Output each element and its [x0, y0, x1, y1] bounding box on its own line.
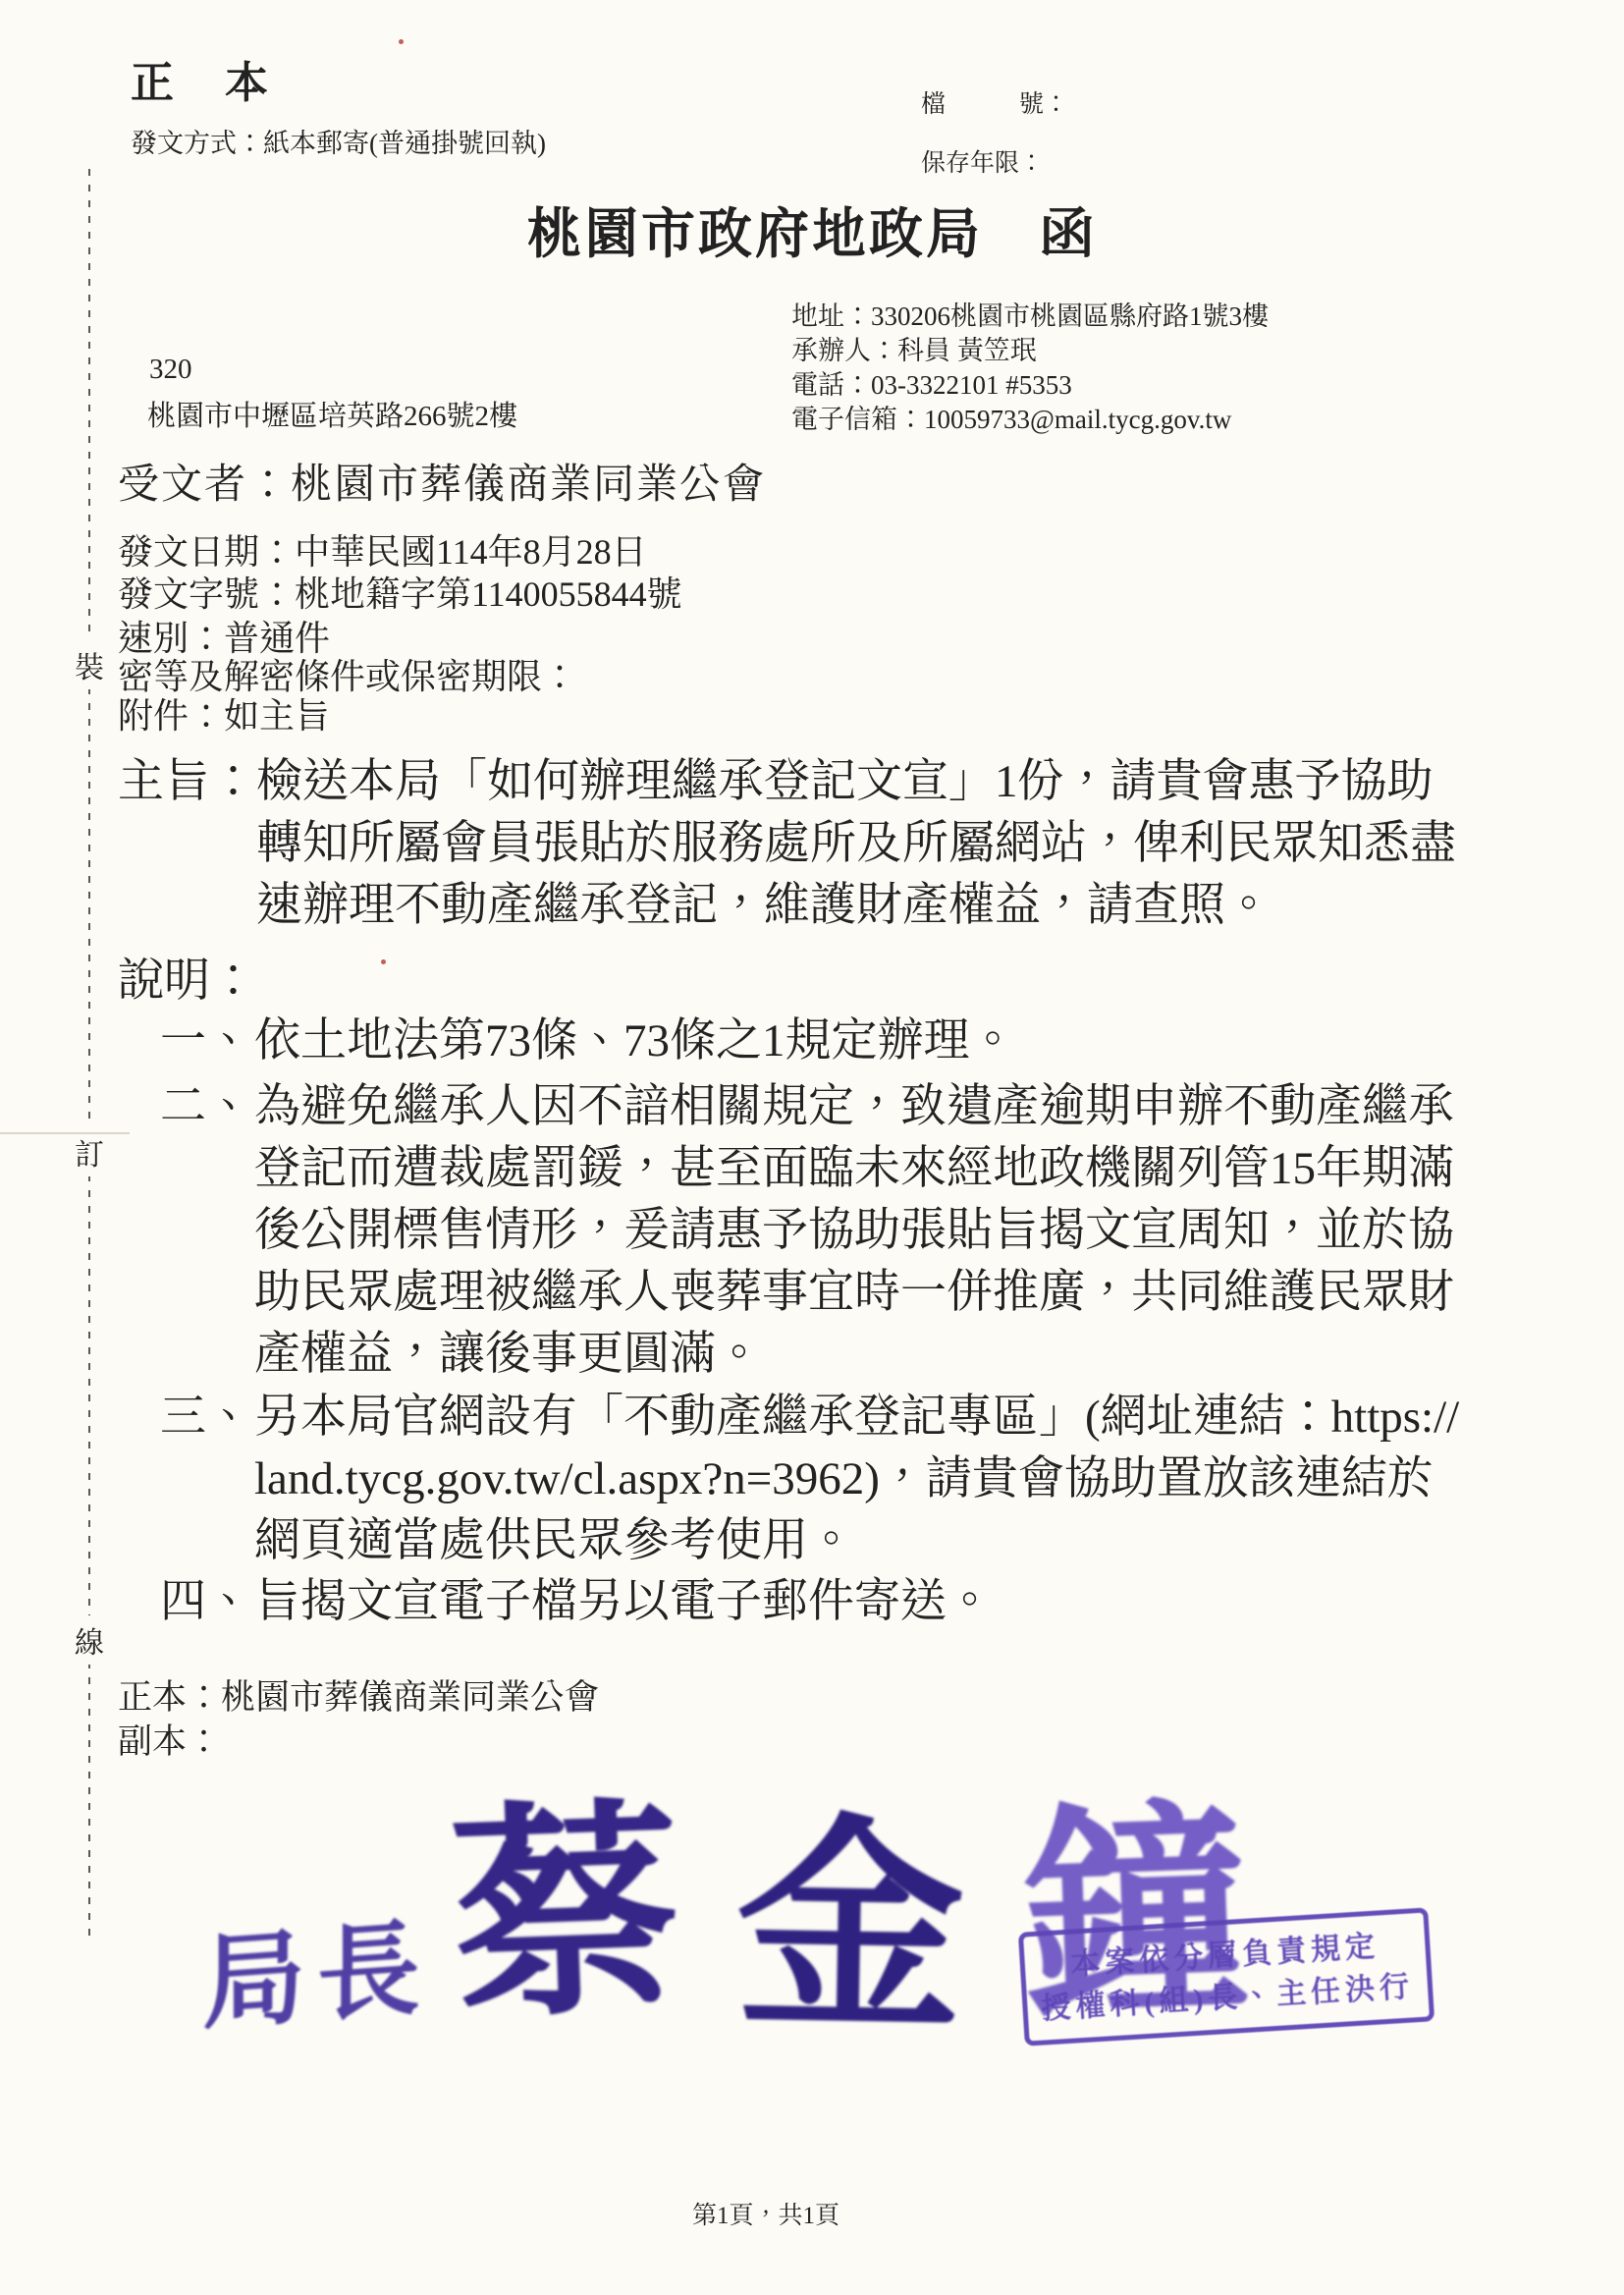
subject-line: 檢送本局「如何辦理繼承登記文宣」1份，請貴會惠予協助 — [256, 751, 1456, 813]
item-marker: 一、 — [160, 1011, 254, 1072]
item-line: 網頁適當處供民眾參考使用。 — [254, 1510, 1459, 1572]
item-text: 依土地法第73條、73條之1規定辦理。 — [254, 1011, 1016, 1072]
explanation-item-2: 二、 為避免繼承人因不諳相關規定，致遺產逾期申辦不動產繼承 登記而遭裁處罰鍰，甚… — [160, 1076, 1454, 1386]
subject-block: 主旨： 檢送本局「如何辦理繼承登記文宣」1份，請貴會惠予協助 轉知所屬會員張貼於… — [118, 751, 1456, 937]
agency-address: 地址：330206桃園市桃園區縣府路1號3樓 — [791, 300, 1269, 334]
item-line: 為避免繼承人因不諳相關規定，致遺產逾期申辦不動產繼承 — [254, 1076, 1454, 1138]
binding-dotted-line — [88, 169, 90, 1937]
director-title-signature: 局長 — [202, 1885, 431, 2050]
page-number-footer: 第1頁，共1頁 — [0, 2196, 1532, 2231]
agency-contact-block: 地址：330206桃園市桃園區縣府路1號3樓 承辦人：科員 黃笠珉 電話：03-… — [791, 300, 1269, 437]
subject-label: 主旨： — [118, 751, 256, 937]
scan-speck — [381, 959, 386, 964]
item-line: land.tycg.gov.tw/cl.aspx?n=3962)，請貴會協助置放… — [254, 1448, 1459, 1510]
subject-line: 速辦理不動產繼承登記，維護財產權益，請查照。 — [256, 875, 1456, 937]
agency-phone: 電話：03-3322101 #5353 — [791, 368, 1269, 403]
explanation-item-4: 四、 旨揭文宣電子檔另以電子郵件寄送。 — [160, 1571, 993, 1633]
subject-line: 轉知所屬會員張貼於服務處所及所屬網站，俾利民眾知悉盡 — [256, 813, 1456, 875]
recipient-address: 桃園市中壢區培英路266號2樓 — [147, 394, 517, 434]
item-text: 為避免繼承人因不諳相關規定，致遺產逾期申辦不動產繼承 登記而遭裁處罰鍰，甚至面臨… — [254, 1076, 1454, 1386]
scanned-official-letter: 裝 訂 線 正 本 發文方式：紙本郵寄(普通掛號回執) 檔 號： 保存年限： 桃… — [0, 0, 1624, 2295]
item-line: 登記而遭裁處罰鍰，甚至面臨未來經地政機關列管15年期滿 — [254, 1138, 1454, 1200]
recipient-zip: 320 — [149, 354, 192, 386]
delivery-method: 發文方式：紙本郵寄(普通掛號回執) — [131, 122, 546, 160]
document-title: 桃園市政府地政局 函 — [0, 191, 1624, 268]
recipient-line: 受文者：桃園市葬儀商業同業公會 — [118, 452, 766, 511]
explanation-item-1: 一、 依土地法第73條、73條之1規定辦理。 — [160, 1011, 1016, 1072]
item-text: 另本局官網設有「不動產繼承登記專區」(網址連結：https:// land.ty… — [254, 1387, 1459, 1572]
item-line: 助民眾處理被繼承人喪葬事宜時一併推廣，共同維護民眾財 — [254, 1262, 1454, 1324]
attachment-line: 附件：如主旨 — [118, 688, 330, 738]
explanation-label: 說明： — [118, 951, 256, 1012]
document-number-line: 發文字號：桃地籍字第1140055844號 — [118, 567, 682, 617]
subject-text: 檢送本局「如何辦理繼承登記文宣」1份，請貴會惠予協助 轉知所屬會員張貼於服務處所… — [256, 751, 1456, 937]
item-marker: 三、 — [160, 1387, 254, 1572]
margin-char-binding: 裝 — [75, 640, 104, 689]
copy-type-label: 正 本 — [131, 47, 272, 110]
file-number-label: 檔 號： — [921, 84, 1068, 120]
item-line: 旨揭文宣電子檔另以電子郵件寄送。 — [254, 1571, 993, 1633]
original-copy-line: 正本：桃園市葬儀商業同業公會 — [118, 1670, 599, 1720]
scan-crease — [0, 1132, 130, 1134]
explanation-item-3: 三、 另本局官網設有「不動產繼承登記專區」(網址連結：https:// land… — [160, 1387, 1459, 1572]
scan-speck — [399, 39, 404, 44]
delegation-stamp: 本案依分層負責規定 授權科(組)長、主任決行 — [1018, 1907, 1435, 2046]
margin-char-stapling: 訂 — [75, 1127, 104, 1176]
agency-officer: 承辦人：科員 黃笠珉 — [791, 334, 1269, 368]
item-line: 依土地法第73條、73條之1規定辦理。 — [254, 1011, 1016, 1072]
item-text: 旨揭文宣電子檔另以電子郵件寄送。 — [254, 1571, 993, 1633]
carbon-copy-line: 副本： — [118, 1715, 221, 1764]
margin-char-thread: 線 — [75, 1615, 104, 1665]
item-marker: 四、 — [160, 1571, 254, 1633]
signature-char: 蔡 — [448, 1799, 683, 2035]
item-line: 另本局官網設有「不動產繼承登記專區」(網址連結：https:// — [254, 1387, 1459, 1448]
signature-char: 金 — [734, 1815, 966, 2047]
retention-period-label: 保存年限： — [921, 143, 1044, 179]
item-marker: 二、 — [160, 1076, 254, 1386]
item-line: 後公開標售情形，爰請惠予協助張貼旨揭文宣周知，並於協 — [254, 1200, 1454, 1262]
agency-email: 電子信箱：10059733@mail.tycg.gov.tw — [791, 403, 1269, 437]
item-line: 產權益，讓後事更圓滿。 — [254, 1324, 1454, 1386]
